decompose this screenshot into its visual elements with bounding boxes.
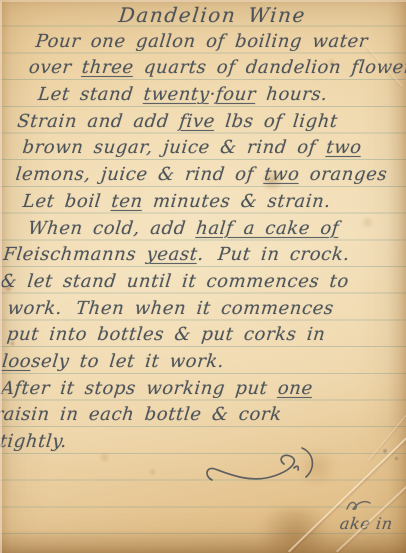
text-run: quarts of dandelion flowers: [133, 57, 406, 78]
underlined-text: twenty: [143, 84, 211, 105]
recipe-line: put into bottles & put corks in: [5, 322, 396, 349]
text-run: Then when it commences: [75, 298, 335, 319]
stain: [148, 468, 157, 476]
text-run: lemons, juice & rind of: [15, 164, 266, 185]
recipe-line: After it stops working put one: [0, 376, 391, 403]
text-run: sely to let it work.: [30, 351, 225, 372]
text-run: work.: [7, 298, 64, 319]
underlined-text: four: [215, 84, 257, 105]
recipe-line: Let boil ten minutes & strain.: [21, 189, 406, 216]
pen-squiggle-icon: [344, 496, 374, 514]
underlined-text: three: [81, 57, 135, 78]
recipe-line: work.Then when it commences: [6, 296, 399, 323]
text-run: Pour one gallon of boiling water: [35, 31, 370, 52]
text-run: Strain and add: [16, 111, 180, 132]
recipe-line: Fleischmanns yeast.Put in crock.: [2, 242, 405, 269]
recipe-line: loosely to let it work.: [1, 349, 394, 376]
underlined-text: five: [178, 111, 216, 132]
text-run: tightly.: [0, 431, 68, 452]
text-run: After it stops working put: [0, 378, 279, 399]
text-run: hours.: [255, 84, 329, 105]
ink-dot: [394, 456, 399, 461]
stain: [252, 508, 338, 553]
recipe-title: Dandelion Wine: [21, 2, 406, 29]
text-run: over: [28, 57, 83, 78]
text-run: put into bottles & put corks in: [6, 324, 327, 345]
recipe-line: & let stand until it commences to: [0, 269, 402, 296]
text-run: & let stand until it commences to: [0, 271, 350, 292]
text-run: Fleischmanns: [2, 244, 148, 265]
text-run: Put in crock.: [217, 244, 351, 265]
underlined-text: one: [277, 378, 314, 399]
text-run: oranges: [298, 164, 388, 185]
flourish-swirl-icon: [198, 444, 338, 492]
text-run: raisin in each bottle & cork: [0, 404, 283, 425]
recipe-line: When cold, add half a cake of: [27, 216, 406, 243]
text-run: When cold, add: [27, 218, 197, 239]
underlined-text: two: [263, 164, 300, 185]
text-run: lbs of light: [214, 111, 339, 132]
recipe-line: brown sugar, juice & rind of two: [21, 135, 406, 162]
underlined-text: yeast: [145, 244, 198, 265]
text-run: brown sugar, juice & rind of: [21, 137, 327, 158]
underlined-text: ten: [110, 191, 143, 212]
underlined-text: two: [325, 137, 362, 158]
underlined-text: loo: [1, 351, 32, 372]
title-text: Dandelion Wine: [118, 3, 308, 27]
text-run: Let stand: [37, 84, 145, 105]
underlined-text: half a cake of: [195, 218, 340, 239]
text-run: Let boil: [22, 191, 113, 212]
recipe-line: over three quarts of dandelion flowers: [27, 55, 406, 82]
recipe-line: Strain and add five lbs of light: [16, 109, 406, 136]
recipe-line: lemons, juice & rind of two oranges: [14, 162, 406, 189]
text-run: minutes & strain.: [142, 191, 332, 212]
corner-text-fragment: ake in: [339, 514, 394, 533]
text-run: .: [197, 244, 206, 265]
recipe-page: Dandelion Wine Pour one gallon of boilin…: [0, 0, 406, 553]
recipe-line: Let stand twenty·four hours.: [37, 82, 406, 109]
recipe-line: Pour one gallon of boiling water: [34, 29, 406, 56]
recipe-text: Dandelion Wine Pour one gallon of boilin…: [0, 2, 406, 456]
recipe-line: raisin in each bottle & cork: [0, 402, 388, 429]
ink-dot: [382, 448, 388, 454]
